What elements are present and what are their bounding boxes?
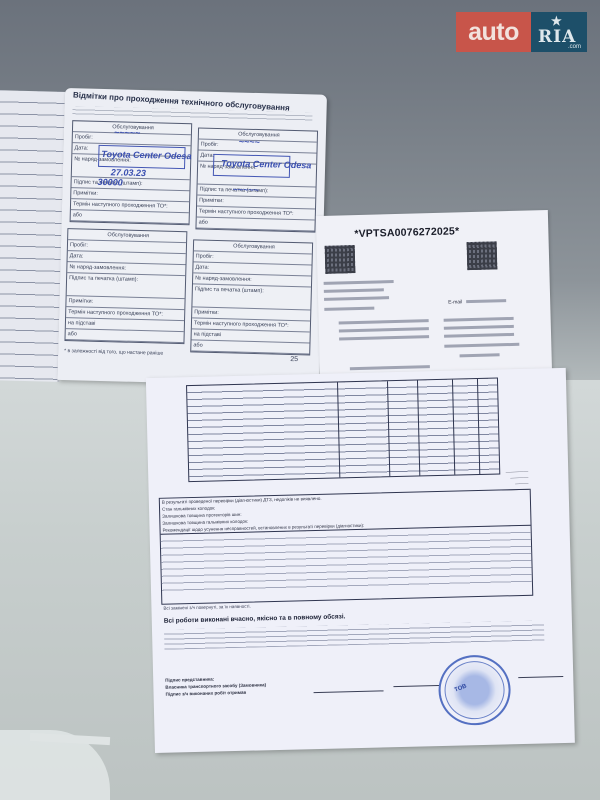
- entry-or: або: [71, 210, 189, 224]
- text-line: [324, 288, 384, 293]
- autoria-logo: auto ★ RIA .com: [456, 12, 587, 52]
- handwritten-scribble-2: ~~~~: [239, 137, 260, 148]
- entry-or: або: [191, 340, 309, 354]
- logo-ria-part: ★ RIA .com: [531, 12, 587, 52]
- entry-or: або: [65, 329, 183, 343]
- signature-line-customer: [314, 690, 384, 693]
- text-line: [339, 335, 429, 340]
- service-book-right-page: Відмітки про проходження технічного обсл…: [57, 88, 327, 387]
- email-value-line: [466, 299, 506, 303]
- text-line: [350, 365, 430, 370]
- text-line: [324, 280, 394, 285]
- service-book-left-page: [0, 90, 67, 382]
- service-book-footnote: * в залежності від того, що настане рані…: [64, 348, 163, 357]
- service-entry-4: Обслуговування Пробіг: Дата: № наряд-зам…: [190, 239, 313, 355]
- entry-field-signature: Підпис та печатка (штамп):: [192, 284, 311, 310]
- entry-field-signature: Підпис та печатка (штамп):: [67, 273, 186, 299]
- service-book: Відмітки про проходження технічного обсл…: [0, 90, 335, 394]
- qr-code-icon: [325, 245, 356, 274]
- company-seal: ТОВ: [438, 654, 512, 726]
- work-completion-act: —————————————————— В результаті проведен…: [146, 368, 575, 753]
- handwritten-scribble-3: ~~~~~: [232, 184, 259, 195]
- parts-returned-note: Всі замінені з/ч повернуті, за їх наявно…: [163, 604, 250, 611]
- signature-line-manager: [518, 676, 563, 678]
- text-line: [444, 333, 514, 338]
- star-icon: ★: [551, 14, 562, 28]
- diagnostics-conclusion-box: В результаті проведеної перевірки (діагн…: [159, 489, 534, 605]
- logo-domain-suffix: .com: [568, 44, 581, 50]
- recommendations-text: [161, 525, 532, 595]
- text-line: [324, 307, 374, 311]
- signature-label-3: Підпис з/ч виконаних робіт отримав: [166, 690, 247, 697]
- page-number: 25: [290, 356, 298, 363]
- text-line: [444, 343, 519, 348]
- invoice-sheet: *VPTSA0076272025* E-mail: [316, 210, 552, 381]
- qr-code-icon: [467, 241, 498, 270]
- text-line: [460, 353, 500, 357]
- works-parts-table: [186, 378, 500, 483]
- text-line: [339, 327, 429, 332]
- invoice-email-label: E-mail: [448, 299, 462, 305]
- signature-label-2: Власника транспортного засобу (Замовника…: [165, 682, 266, 689]
- works-completed-statement: Всі роботи виконані вчасно, якісно та в …: [164, 613, 346, 624]
- signature-line-executor: [393, 685, 443, 687]
- entry-or: або: [196, 217, 314, 231]
- text-line: [444, 325, 514, 330]
- text-line: [339, 319, 429, 324]
- handwritten-mileage: 30000: [98, 177, 123, 188]
- text-line: [324, 296, 389, 301]
- terms-paragraph: [164, 620, 544, 649]
- signature-label-1: Підпис представника:: [165, 677, 214, 683]
- service-entry-3: Обслуговування Пробіг: Дата: № наряд-зам…: [64, 228, 187, 344]
- invoice-document-code: *VPTSA0076272025*: [354, 225, 459, 240]
- text-line: [444, 317, 514, 322]
- seal-text: ТОВ: [454, 683, 468, 693]
- logo-auto-part: auto: [456, 12, 531, 52]
- handwritten-scribble: ~~~~~: [114, 127, 141, 138]
